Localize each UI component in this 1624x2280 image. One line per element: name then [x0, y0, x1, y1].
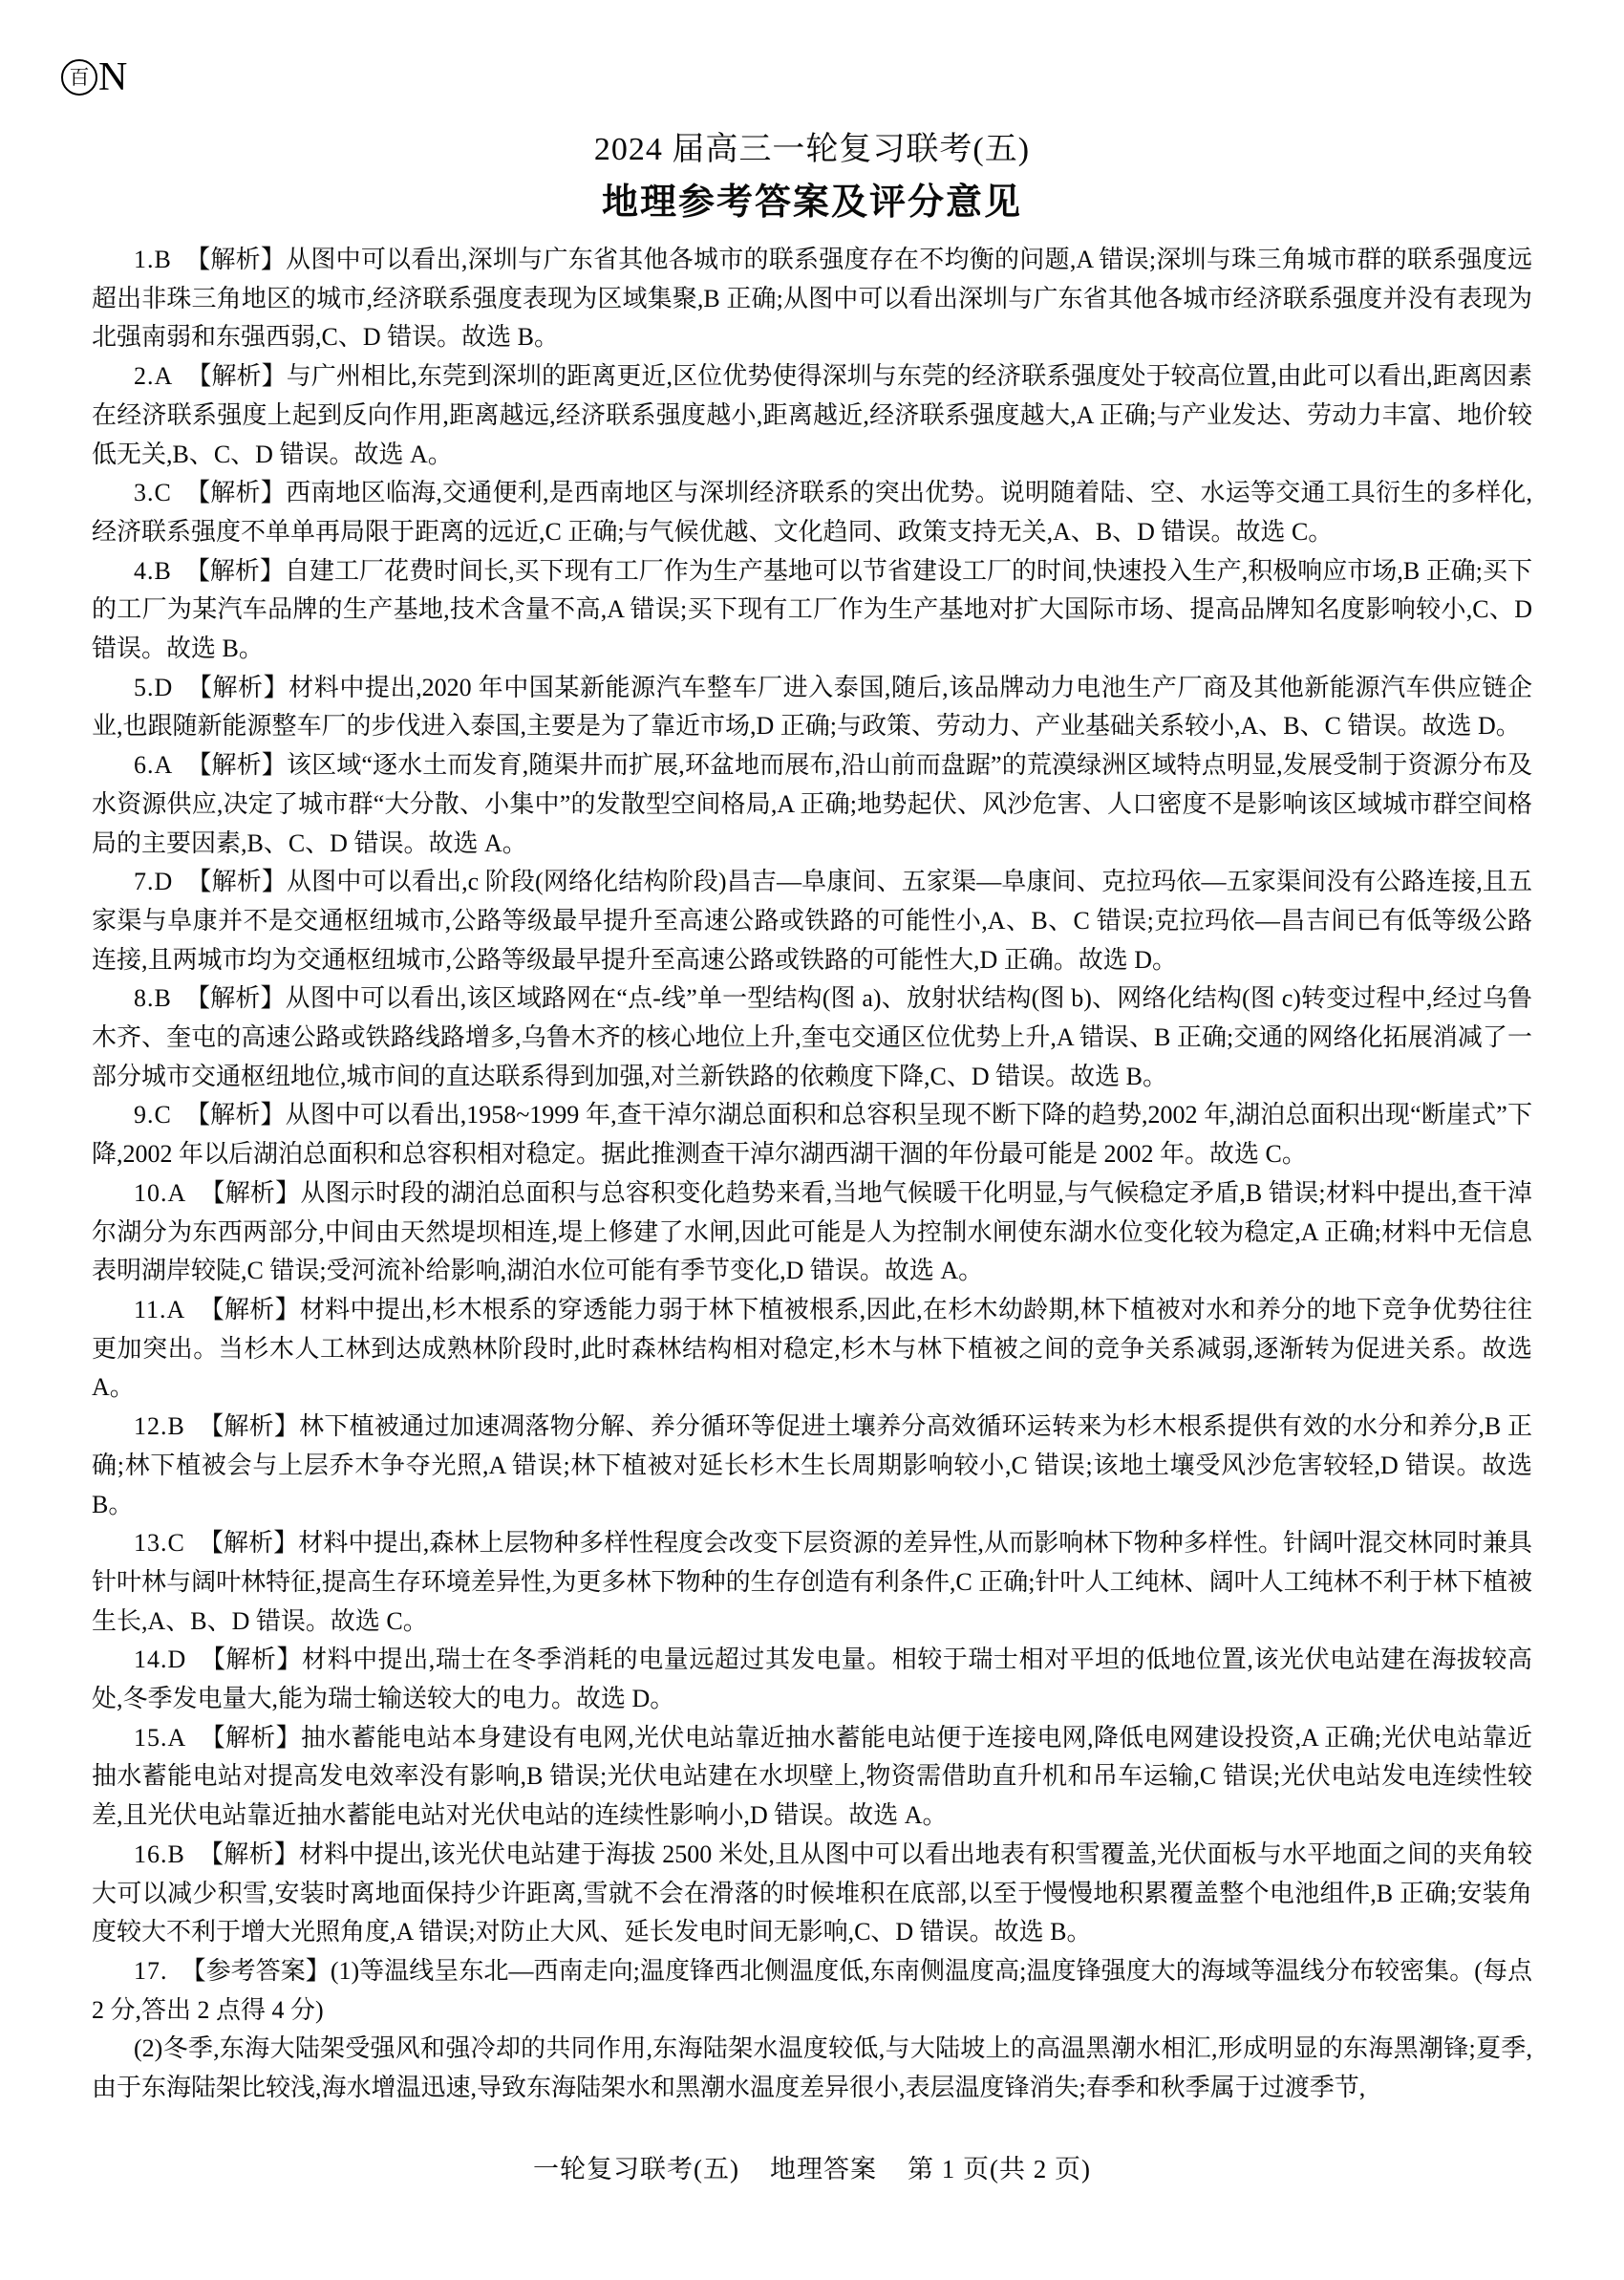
answer-number: 8.B — [134, 984, 172, 1012]
answer-number: 2.A — [134, 362, 173, 390]
logo-circle-badge-icon: 百 — [61, 59, 97, 96]
answer-number: 17. — [134, 1957, 168, 1985]
answer-number: 11.A — [134, 1296, 185, 1323]
answer-item-13: 13.C【解析】材料中提出,森林上层物种多样性程度会改变下层资源的差异性,从而影… — [92, 1524, 1532, 1641]
subject-answer-title: 地理参考答案及评分意见 — [92, 180, 1532, 226]
answer-text: 【解析】自建工厂花费时间长,买下现有工厂作为生产基地可以节省建设工厂的时间,快速… — [92, 557, 1532, 662]
answer-number: 5.D — [134, 674, 173, 701]
answer-item-14: 14.D【解析】材料中提出,瑞士在冬季消耗的电量远超过其发电量。相较于瑞士相对平… — [92, 1641, 1532, 1718]
answer-item-1: 1.B【解析】从图中可以看出,深圳与广东省其他各城市的联系强度存在不均衡的问题,… — [92, 241, 1532, 357]
answers-body: 1.B【解析】从图中可以看出,深圳与广东省其他各城市的联系强度存在不均衡的问题,… — [92, 241, 1532, 2108]
answer-item-3: 3.C【解析】西南地区临海,交通便利,是西南地区与深圳经济联系的突出优势。说明随… — [92, 474, 1532, 551]
page-footer: 一轮复习联考(五)地理答案第 1 页(共 2 页) — [92, 2152, 1532, 2186]
footer-exam-name: 一轮复习联考(五) — [533, 2155, 739, 2183]
answer-text: 【解析】材料中提出,瑞士在冬季消耗的电量远超过其发电量。相较于瑞士相对平坦的低地… — [92, 1645, 1532, 1712]
logo-letter: N — [98, 57, 127, 97]
page-content: 2024 届高三一轮复习联考(五) 地理参考答案及评分意见 1.B【解析】从图中… — [0, 0, 1624, 2186]
answer-text: 【解析】材料中提出,森林上层物种多样性程度会改变下层资源的差异性,从而影响林下物… — [92, 1529, 1532, 1634]
answer-number: 13.C — [134, 1529, 185, 1557]
answer-number: 1.B — [134, 246, 172, 273]
answer-item-17-part2: (2)冬季,东海大陆架受强风和强冷却的共同作用,东海陆架水温度较低,与大陆坡上的… — [92, 2030, 1532, 2107]
answer-item-16: 16.B【解析】材料中提出,该光伏电站建于海拔 2500 米处,且从图中可以看出… — [92, 1836, 1532, 1952]
answer-number: 16.B — [134, 1840, 185, 1868]
answer-number: 7.D — [134, 868, 173, 895]
exam-title: 2024 届高三一轮复习联考(五) — [92, 0, 1532, 172]
answer-item-11: 11.A【解析】材料中提出,杉木根系的穿透能力弱于林下植被根系,因此,在杉木幼龄… — [92, 1291, 1532, 1408]
answer-item-10: 10.A【解析】从图示时段的湖泊总面积与总容积变化趋势来看,当地气候暖干化明显,… — [92, 1174, 1532, 1291]
answer-text: 【解析】与广州相比,东莞到深圳的距离更近,区位优势使得深圳与东莞的经济联系强度处… — [92, 362, 1532, 467]
answer-number: 15.A — [134, 1724, 186, 1752]
answer-text: 【参考答案】(1)等温线呈东北—西南走向;温度锋西北侧温度低,东南侧温度高;温度… — [92, 1957, 1532, 2024]
answer-number: 3.C — [134, 479, 172, 506]
answer-text: 【解析】从图中可以看出,1958~1999 年,查干淖尔湖总面积和总容积呈现不断… — [92, 1101, 1532, 1168]
answer-item-9: 9.C【解析】从图中可以看出,1958~1999 年,查干淖尔湖总面积和总容积呈… — [92, 1096, 1532, 1173]
answer-item-4: 4.B【解析】自建工厂花费时间长,买下现有工厂作为生产基地可以节省建设工厂的时间… — [92, 552, 1532, 669]
answer-item-5: 5.D【解析】材料中提出,2020 年中国某新能源汽车整车厂进入泰国,随后,该品… — [92, 669, 1532, 746]
answer-text: 【解析】材料中提出,该光伏电站建于海拔 2500 米处,且从图中可以看出地表有积… — [92, 1840, 1532, 1946]
answer-text: 【解析】西南地区临海,交通便利,是西南地区与深圳经济联系的突出优势。说明随着陆、… — [92, 479, 1532, 546]
answer-number: 14.D — [134, 1645, 186, 1673]
answer-item-15: 15.A【解析】抽水蓄能电站本身建设有电网,光伏电站靠近抽水蓄能电站便于连接电网… — [92, 1719, 1532, 1836]
answer-item-17-part1: 17.【参考答案】(1)等温线呈东北—西南走向;温度锋西北侧温度低,东南侧温度高… — [92, 1952, 1532, 2030]
answer-text: 【解析】从图示时段的湖泊总面积与总容积变化趋势来看,当地气候暖干化明显,与气候稳… — [92, 1179, 1532, 1284]
answer-text: 【解析】从图中可以看出,c 阶段(网络化结构阶段)昌吉—阜康间、五家渠—阜康间、… — [92, 868, 1532, 973]
answer-item-6: 6.A【解析】该区域“逐水土而发育,随渠井而扩展,环盆地而展布,沿山前而盘踞”的… — [92, 746, 1532, 863]
answer-number: 12.B — [134, 1412, 185, 1440]
publisher-logo: 百 N — [61, 57, 127, 97]
answer-text: 【解析】材料中提出,2020 年中国某新能源汽车整车厂进入泰国,随后,该品牌动力… — [92, 674, 1532, 741]
answer-text: 【解析】从图中可以看出,深圳与广东省其他各城市的联系强度存在不均衡的问题,A 错… — [92, 246, 1532, 351]
answer-text: 【解析】材料中提出,杉木根系的穿透能力弱于林下植被根系,因此,在杉木幼龄期,林下… — [92, 1296, 1532, 1401]
answer-number: 4.B — [134, 557, 172, 585]
answer-text: 【解析】林下植被通过加速凋落物分解、养分循环等促进土壤养分高效循环运转来为杉木根… — [92, 1412, 1532, 1517]
answer-text: 【解析】该区域“逐水土而发育,随渠井而扩展,环盆地而展布,沿山前而盘踞”的荒漠绿… — [92, 751, 1532, 856]
answer-number: 9.C — [134, 1101, 172, 1129]
answer-text: 【解析】从图中可以看出,该区域路网在“点-线”单一型结构(图 a)、放射状结构(… — [92, 984, 1532, 1089]
answer-item-12: 12.B【解析】林下植被通过加速凋落物分解、养分循环等促进土壤养分高效循环运转来… — [92, 1408, 1532, 1524]
footer-subject: 地理答案 — [770, 2155, 877, 2183]
footer-page-number: 第 1 页(共 2 页) — [908, 2155, 1091, 2183]
answer-number: 6.A — [134, 751, 173, 779]
answer-number: 10.A — [134, 1179, 186, 1207]
answer-item-8: 8.B【解析】从图中可以看出,该区域路网在“点-线”单一型结构(图 a)、放射状… — [92, 979, 1532, 1096]
answer-text: (2)冬季,东海大陆架受强风和强冷却的共同作用,东海陆架水温度较低,与大陆坡上的… — [92, 2034, 1532, 2101]
answer-item-2: 2.A【解析】与广州相比,东莞到深圳的距离更近,区位优势使得深圳与东莞的经济联系… — [92, 357, 1532, 474]
answer-text: 【解析】抽水蓄能电站本身建设有电网,光伏电站靠近抽水蓄能电站便于连接电网,降低电… — [92, 1724, 1532, 1829]
answer-item-7: 7.D【解析】从图中可以看出,c 阶段(网络化结构阶段)昌吉—阜康间、五家渠—阜… — [92, 863, 1532, 979]
answer-sheet-page: 百 N 2024 届高三一轮复习联考(五) 地理参考答案及评分意见 1.B【解析… — [0, 0, 1624, 2280]
